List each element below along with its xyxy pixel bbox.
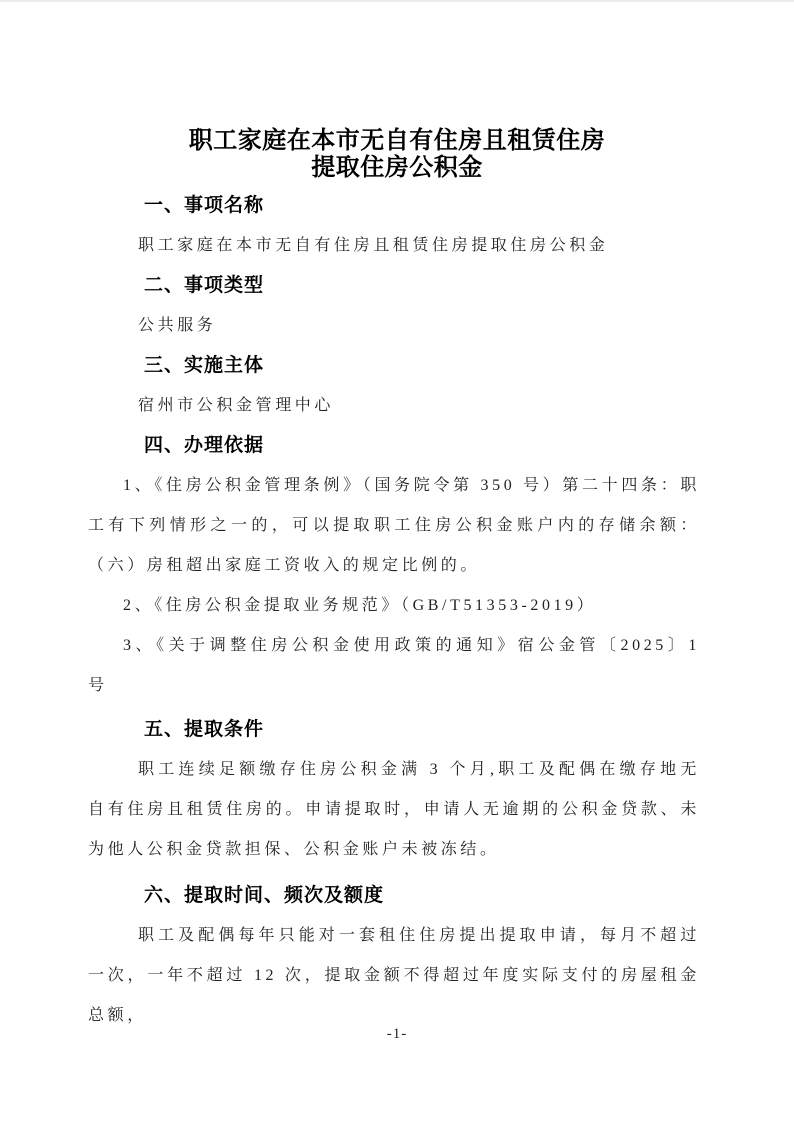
section-heading: 六、提取时间、频次及额度 bbox=[88, 876, 700, 916]
document-page: 职工家庭在本市无自有住房且租赁住房 提取住房公积金 一、事项名称 职工家庭在本市… bbox=[0, 0, 794, 1122]
section-implementing-body: 三、实施主体 宿州市公积金管理中心 bbox=[88, 346, 700, 426]
section-paragraph: 1、《住房公积金管理条例》（国务院令第 350 号）第二十四条：职工有下列情形之… bbox=[88, 466, 700, 586]
section-withdrawal-conditions: 五、提取条件 职工连续足额缴存住房公积金满 3 个月,职工及配偶在缴存地无自有住… bbox=[88, 710, 700, 870]
section-paragraph: 宿州市公积金管理中心 bbox=[88, 386, 700, 426]
section-legal-basis: 四、办理依据 1、《住房公积金管理条例》（国务院令第 350 号）第二十四条：职… bbox=[88, 426, 700, 706]
section-heading: 四、办理依据 bbox=[88, 426, 700, 466]
page-number: -1- bbox=[0, 1026, 794, 1043]
section-paragraph: 职工连续足额缴存住房公积金满 3 个月,职工及配偶在缴存地无自有住房且租赁住房的… bbox=[88, 750, 700, 870]
document-title-line-1: 职工家庭在本市无自有住房且租赁住房 bbox=[0, 128, 794, 155]
section-paragraph: 职工及配偶每年只能对一套租住住房提出提取申请，每月不超过一次，一年不超过 12 … bbox=[88, 916, 700, 1036]
section-item-type: 二、事项类型 公共服务 bbox=[88, 266, 700, 346]
section-item-name: 一、事项名称 职工家庭在本市无自有住房且租赁住房提取住房公积金 bbox=[88, 186, 700, 266]
section-heading: 一、事项名称 bbox=[88, 186, 700, 226]
section-paragraph: 2、《住房公积金提取业务规范》（GB/T51353-2019） bbox=[88, 586, 700, 626]
section-heading: 三、实施主体 bbox=[88, 346, 700, 386]
document-body: 一、事项名称 职工家庭在本市无自有住房且租赁住房提取住房公积金 二、事项类型 公… bbox=[0, 186, 794, 1036]
section-paragraph: 3、《关于调整住房公积金使用政策的通知》宿公金管〔2025〕1 号 bbox=[88, 626, 700, 706]
section-paragraph: 公共服务 bbox=[88, 306, 700, 346]
document-title-line-2: 提取住房公积金 bbox=[0, 155, 794, 182]
section-paragraph: 职工家庭在本市无自有住房且租赁住房提取住房公积金 bbox=[88, 226, 700, 266]
section-heading: 二、事项类型 bbox=[88, 266, 700, 306]
section-withdrawal-time-frequency-quota: 六、提取时间、频次及额度 职工及配偶每年只能对一套租住住房提出提取申请，每月不超… bbox=[88, 876, 700, 1036]
document-title: 职工家庭在本市无自有住房且租赁住房 提取住房公积金 bbox=[0, 2, 794, 182]
section-heading: 五、提取条件 bbox=[88, 710, 700, 750]
